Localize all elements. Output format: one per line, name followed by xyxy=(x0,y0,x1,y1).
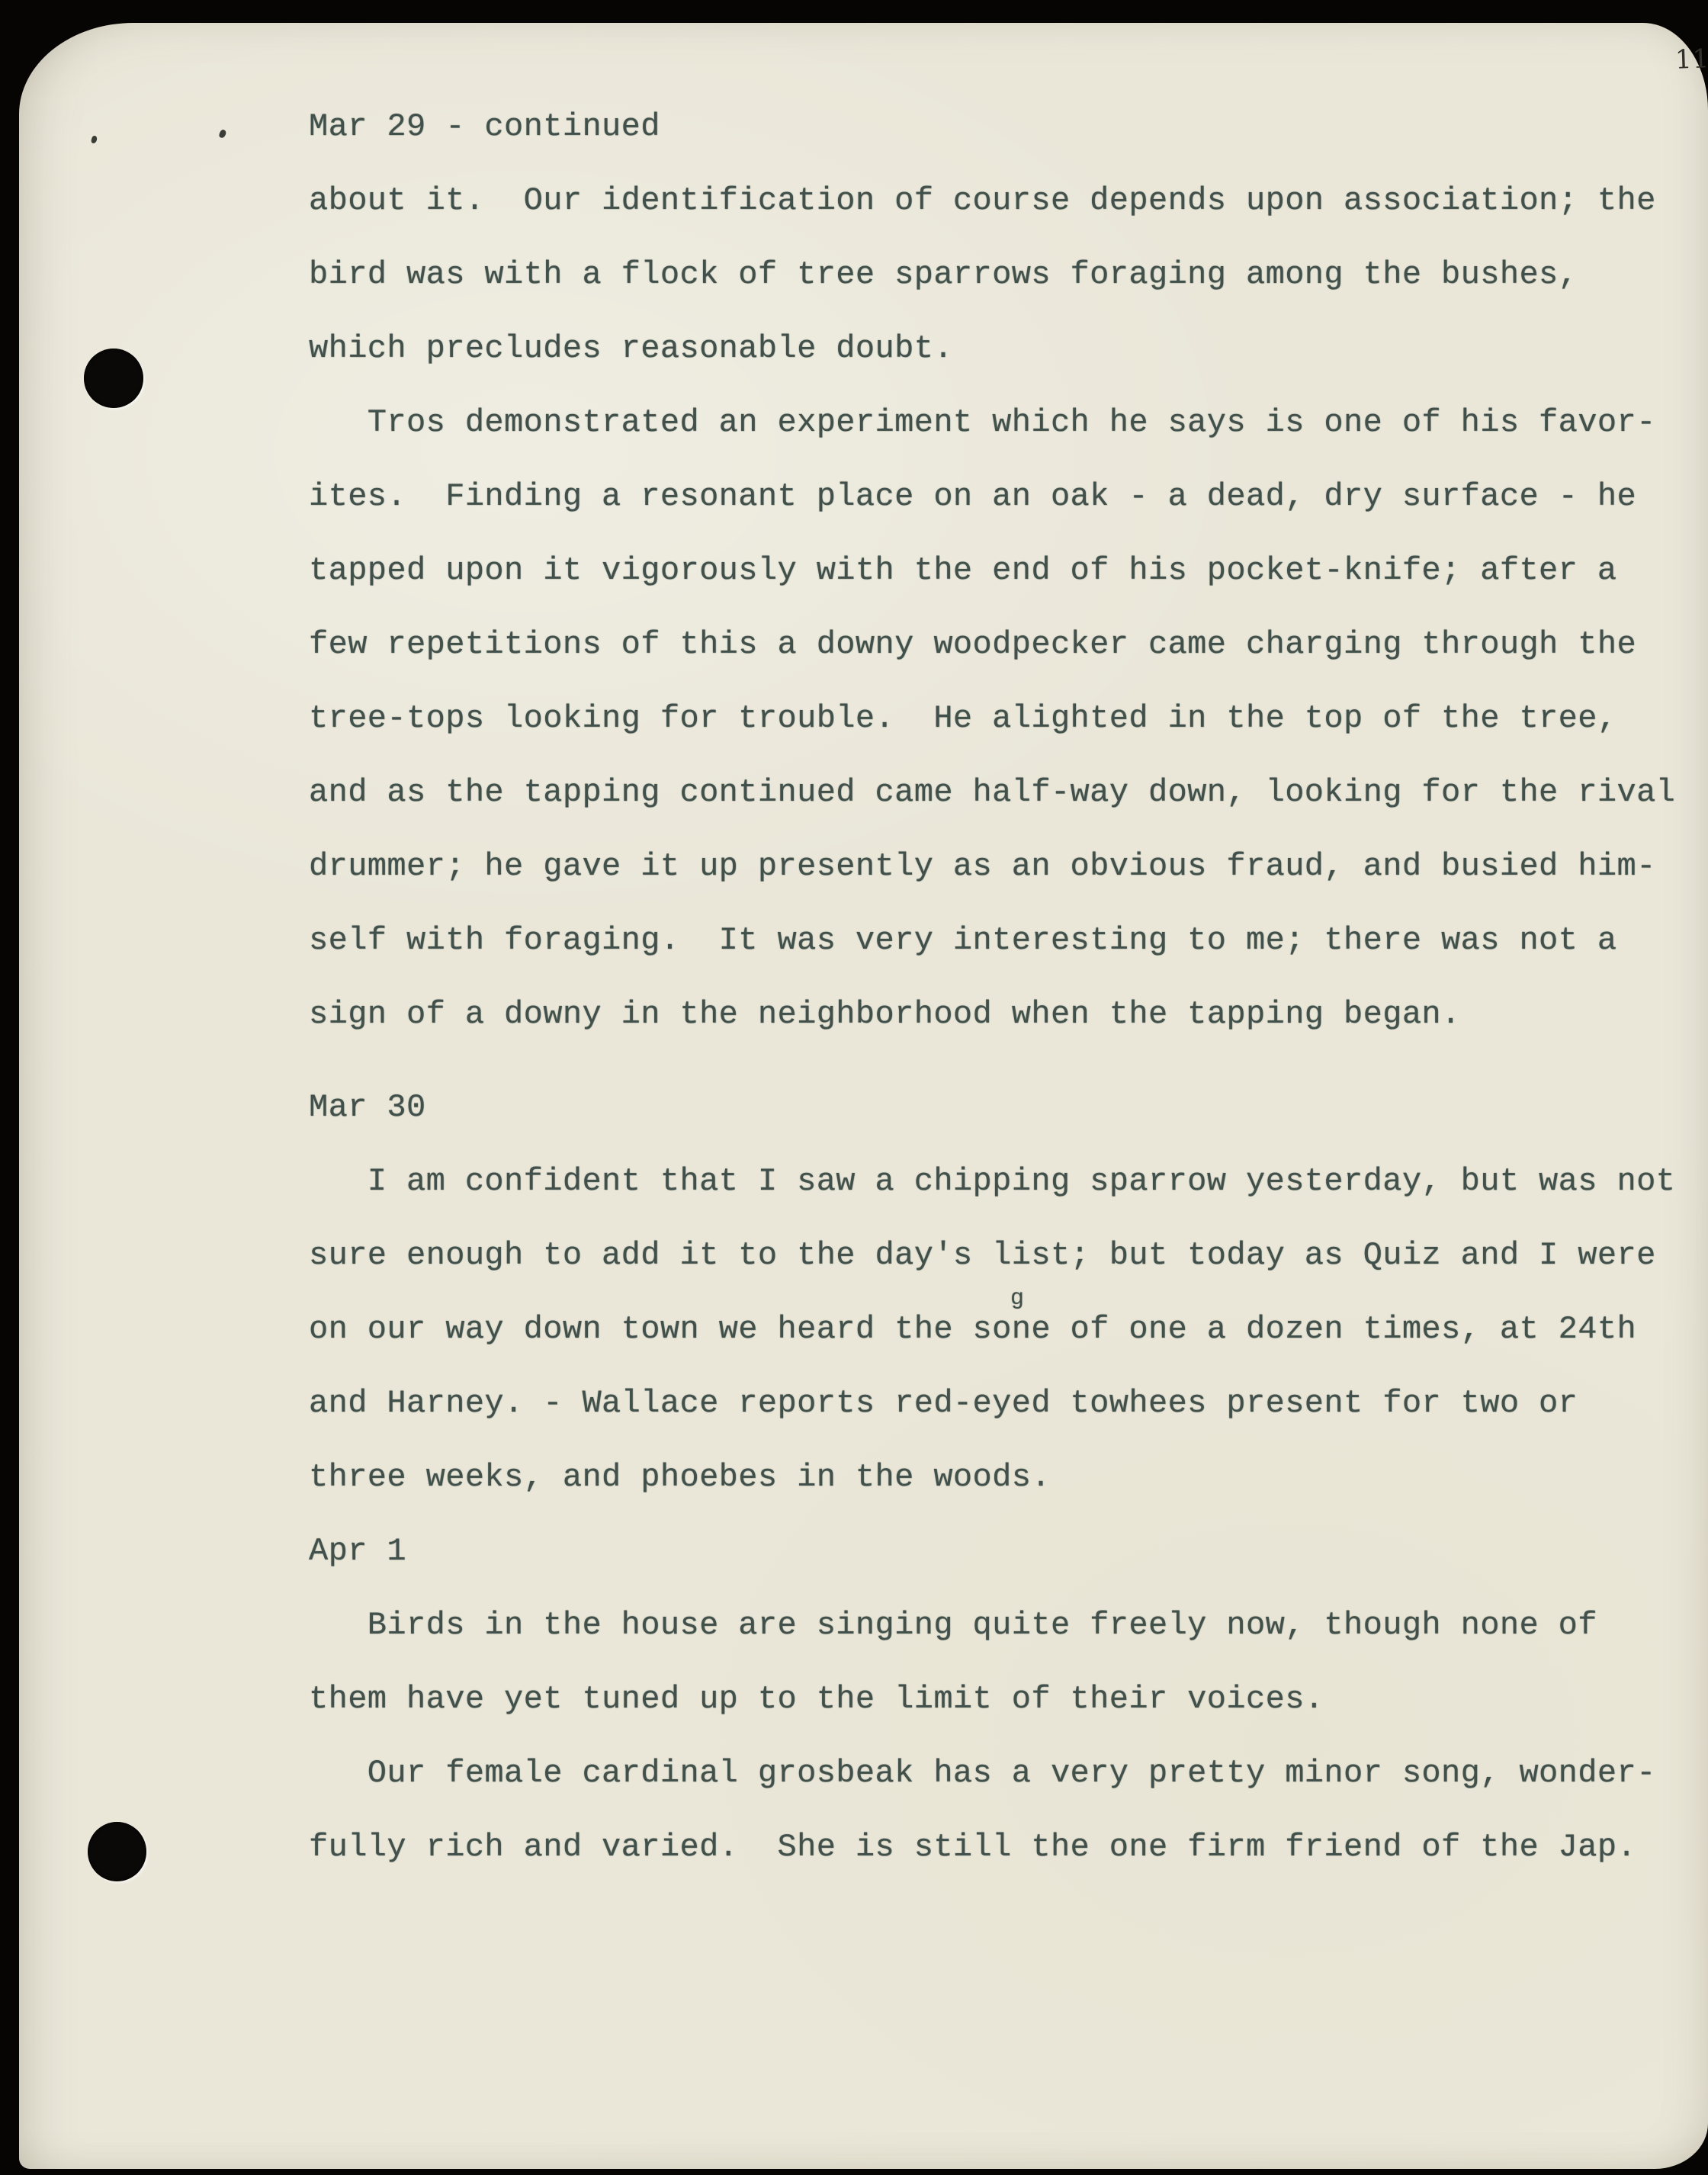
text-line: tree-tops looking for trouble. He alight… xyxy=(309,700,1689,774)
text-line: few repetitions of this a downy woodpeck… xyxy=(309,626,1689,700)
date-heading: Mar 30 xyxy=(309,1089,1689,1163)
paper-sheet: 11 Mar 29 - continuedabout it. Our ident… xyxy=(19,23,1708,2169)
text-line: and as the tapping continued came half-w… xyxy=(309,774,1689,848)
typewritten-text: Mar 29 - continuedabout it. Our identifi… xyxy=(309,108,1689,1903)
text-line: about it. Our identification of course d… xyxy=(309,182,1689,256)
text-line: Tros demonstrated an experiment which he… xyxy=(309,404,1689,478)
punch-hole xyxy=(84,349,143,408)
text-line: tapped upon it vigorously with the end o… xyxy=(309,552,1689,626)
punch-hole xyxy=(88,1822,146,1881)
text-line: and Harney. - Wallace reports red-eyed t… xyxy=(309,1385,1689,1459)
ink-speck xyxy=(91,135,98,143)
text-line: ites. Finding a resonant place on an oak… xyxy=(309,478,1689,552)
typed-correction-g: g xyxy=(1010,1286,1024,1312)
text-line: them have yet tuned up to the limit of t… xyxy=(309,1681,1689,1755)
text-line: Birds in the house are singing quite fre… xyxy=(309,1607,1689,1681)
text-line: Our female cardinal grosbeak has a very … xyxy=(309,1755,1689,1829)
text-line: on our way down town we heard the sone o… xyxy=(309,1311,1689,1385)
text-line: sign of a downy in the neighborhood when… xyxy=(309,996,1689,1070)
page-number: 11 xyxy=(1674,43,1708,75)
text-line: I am confident that I saw a chipping spa… xyxy=(309,1163,1689,1237)
text-line: three weeks, and phoebes in the woods. xyxy=(309,1459,1689,1533)
ink-speck xyxy=(218,129,226,139)
scanned-page: 11 Mar 29 - continuedabout it. Our ident… xyxy=(0,0,1708,2175)
text-line: which precludes reasonable doubt. xyxy=(309,330,1689,404)
text-line: bird was with a flock of tree sparrows f… xyxy=(309,256,1689,330)
text-line: sure enough to add it to the day's list;… xyxy=(309,1237,1689,1311)
text-line: drummer; he gave it up presently as an o… xyxy=(309,848,1689,922)
date-heading: Apr 1 xyxy=(309,1533,1689,1607)
text-line: self with foraging. It was very interest… xyxy=(309,922,1689,996)
text-line: fully rich and varied. She is still the … xyxy=(309,1829,1689,1903)
date-heading: Mar 29 - continued xyxy=(309,108,1689,182)
